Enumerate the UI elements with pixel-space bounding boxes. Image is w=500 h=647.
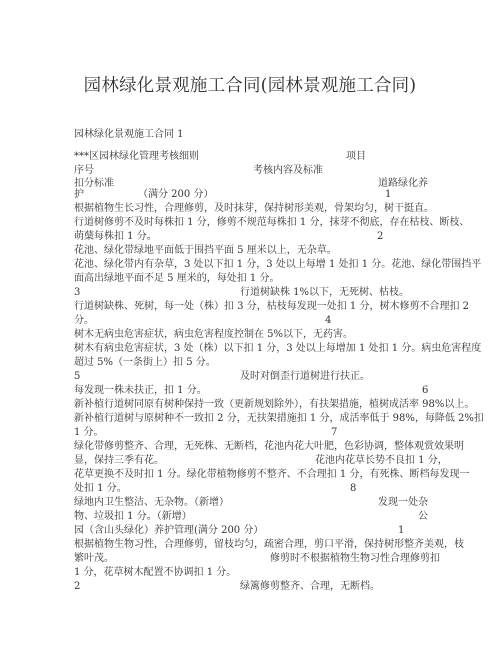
body-text-line: 5: [74, 370, 80, 384]
body-text-line: 超过 5%（一条街上）扣 5 分。: [74, 356, 216, 370]
rule-title: ***区园林绿化管理考核细则: [74, 150, 199, 164]
body-text-line: 花池、绿化带内有杂草，3 处以下扣 1 分，3 处以上每增 1 处扣 1 分。花…: [74, 258, 481, 272]
body-text-line: 显，保持三季有花。: [74, 454, 164, 468]
body-text-line: 面高出绿地平面不足 5 厘米的，每处扣 1 分。: [74, 272, 279, 286]
body-text-line: 新补植行道树同原有树种保持一致（更新规划除外），有扶架措施，植树成活率 98%以…: [74, 398, 474, 412]
body-text-line: 花池内花草长势不良扣 1 分，: [315, 454, 448, 468]
body-text-line: 萌蘖每株扣 1 分。: [74, 230, 157, 244]
body-text-line: 7: [331, 426, 337, 440]
body-text-line: 修剪时不根据植物生物习性合理修剪扣: [270, 552, 440, 566]
body-text-line: 行道树修剪不及时每株扣 1 分，修剪不规范每株扣 1 分，抹芽不彻底，存在枯枝、…: [74, 216, 469, 230]
body-text-line: 行道树缺株 1%以下，无死树、枯枝。: [240, 286, 409, 300]
body-text-line: 树木有病虫危害症状，3 处（株）以下扣 1 分，3 处以上每增加 1 处扣 1 …: [74, 342, 481, 356]
body-text-line: 1: [385, 188, 391, 202]
body-text-line: 处扣 1 分。: [74, 482, 127, 496]
column-header-seq: 序号: [74, 164, 94, 178]
body-text-line: 6: [422, 384, 428, 398]
document-subtitle: 园林绿化景观施工合同 1: [74, 128, 184, 142]
body-text-line: 发现一处杂: [378, 496, 428, 510]
body-text-line: 4: [325, 314, 331, 328]
body-text-line: 根据植物生物习性，合理修剪，留枝均匀，疏密合理，剪口平滑，保持树形整齐美观，枝: [74, 538, 464, 552]
body-text-line: 公: [418, 510, 428, 524]
body-text-line: 绿地内卫生整洁、无杂物。（新增）: [74, 496, 229, 510]
body-text-line: 花池、绿化带绿地平面低于围挡平面 5 厘米以上，无杂草。: [74, 244, 337, 258]
body-text-line: 每发现一株未扶正，扣 1 分。: [74, 384, 207, 398]
document-title: 园林绿化景观施工合同(园林景观施工合同): [0, 72, 500, 97]
column-header-project: 项目: [346, 150, 366, 164]
body-text-line: 花草更换不及时扣 1 分。绿化带植物修剪不整齐、不合理扣 1 分，有死株、断档每…: [74, 468, 469, 482]
body-text-line: 2: [74, 580, 80, 594]
body-text-line: 绿篱修剪整齐、合理，无断档。: [240, 580, 380, 594]
body-text-line: 树木无病虫危害症状，病虫危害程度控制在 5%以下，无药害。: [74, 328, 353, 342]
body-text-line: 分。: [74, 314, 94, 328]
body-text-line: 1 分，花草树木配置不协调扣 1 分。: [74, 566, 236, 580]
section-road-heading-cont: 护: [74, 188, 84, 202]
body-text-line: 新补植行道树与原树种不一致扣 2 分，无扶架措施扣 1 分，成活率低于 98%，…: [74, 412, 484, 426]
section-road-score: （满分 200 分）: [138, 188, 213, 202]
body-text-line: 3: [74, 286, 80, 300]
body-text-line: 1 分。: [74, 426, 104, 440]
body-text-line: 繁叶茂。: [74, 552, 114, 566]
body-text-line: 及时对倒歪行道树进行扶正。: [240, 370, 370, 384]
body-text-line: 园（含山头绿化）养护管理(满分 200 分）: [74, 524, 263, 538]
body-text-line: 1: [398, 524, 404, 538]
body-text-line: 绿化带修剪整齐、合理，无死株、无断档，花池内花大叶肥，色彩协调，整体观赏效果明: [74, 440, 464, 454]
column-header-content: 考核内容及标准: [253, 164, 323, 178]
body-text-line: 物、垃圾扣 1 分。（新增）: [74, 510, 192, 524]
body-text-line: 根据植物生长习性，合理修剪，及时抹芽，保持树形美观，骨架均匀，树干挺直。: [74, 202, 434, 216]
body-text-line: 2: [377, 230, 383, 244]
body-text-line: 行道树缺株、死树，每一处（株）扣 3 分，枯枝每发现一处扣 1 分，树木修剪不合…: [74, 300, 469, 314]
body-text-line: 8: [350, 482, 356, 496]
